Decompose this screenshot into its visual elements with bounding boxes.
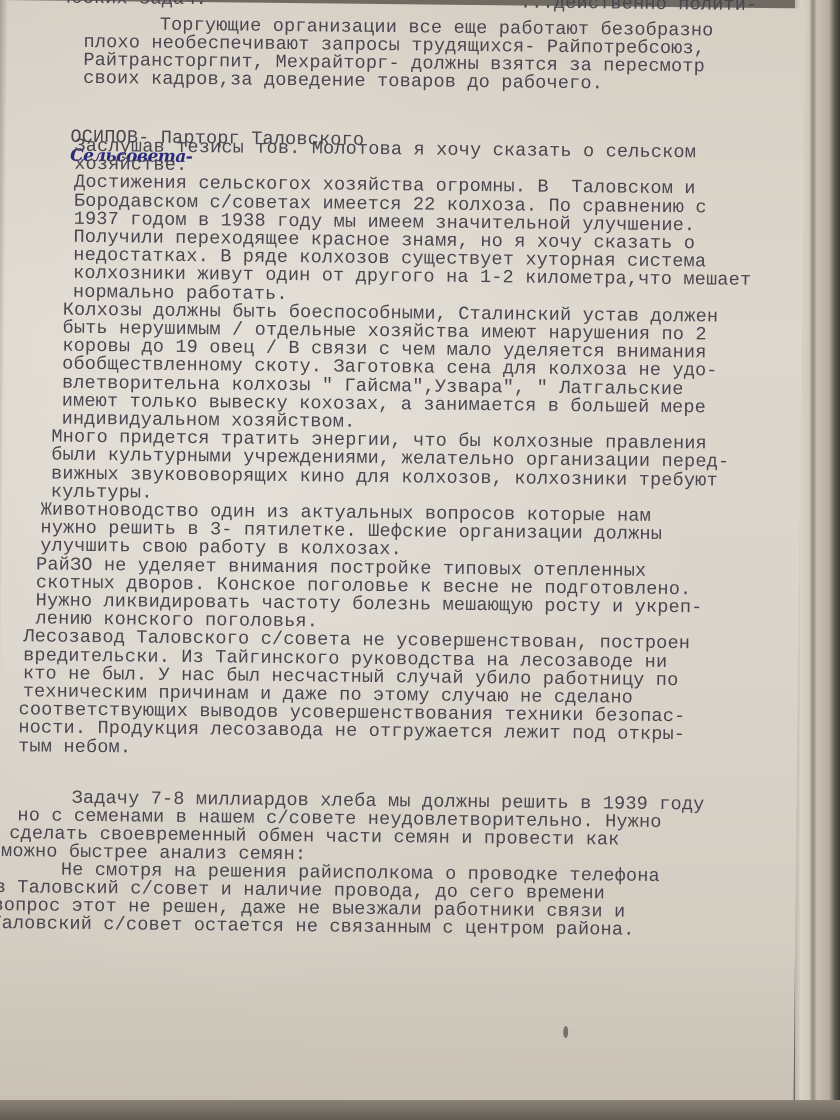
speech-line: тым небом. [18,737,131,757]
page-text: ческих задач. ...действенно полити- Торг… [0,0,820,389]
text-line: своих кадров,за доведение товаров до раб… [83,69,603,93]
text-line: ческих задач. [60,0,207,9]
closing-line: Таловский с/совет остается не связанным … [0,914,635,940]
typewritten-page: ческих задач. ...действенно полити- Торг… [0,0,805,1108]
ink-speck [563,1026,568,1038]
text-line-cutoff: ...действенно полити- [520,0,758,15]
speech-body: Заслушав тезисы тов. Молотова я хочу ска… [0,266,817,275]
desk-edge-shadow [0,1100,840,1120]
